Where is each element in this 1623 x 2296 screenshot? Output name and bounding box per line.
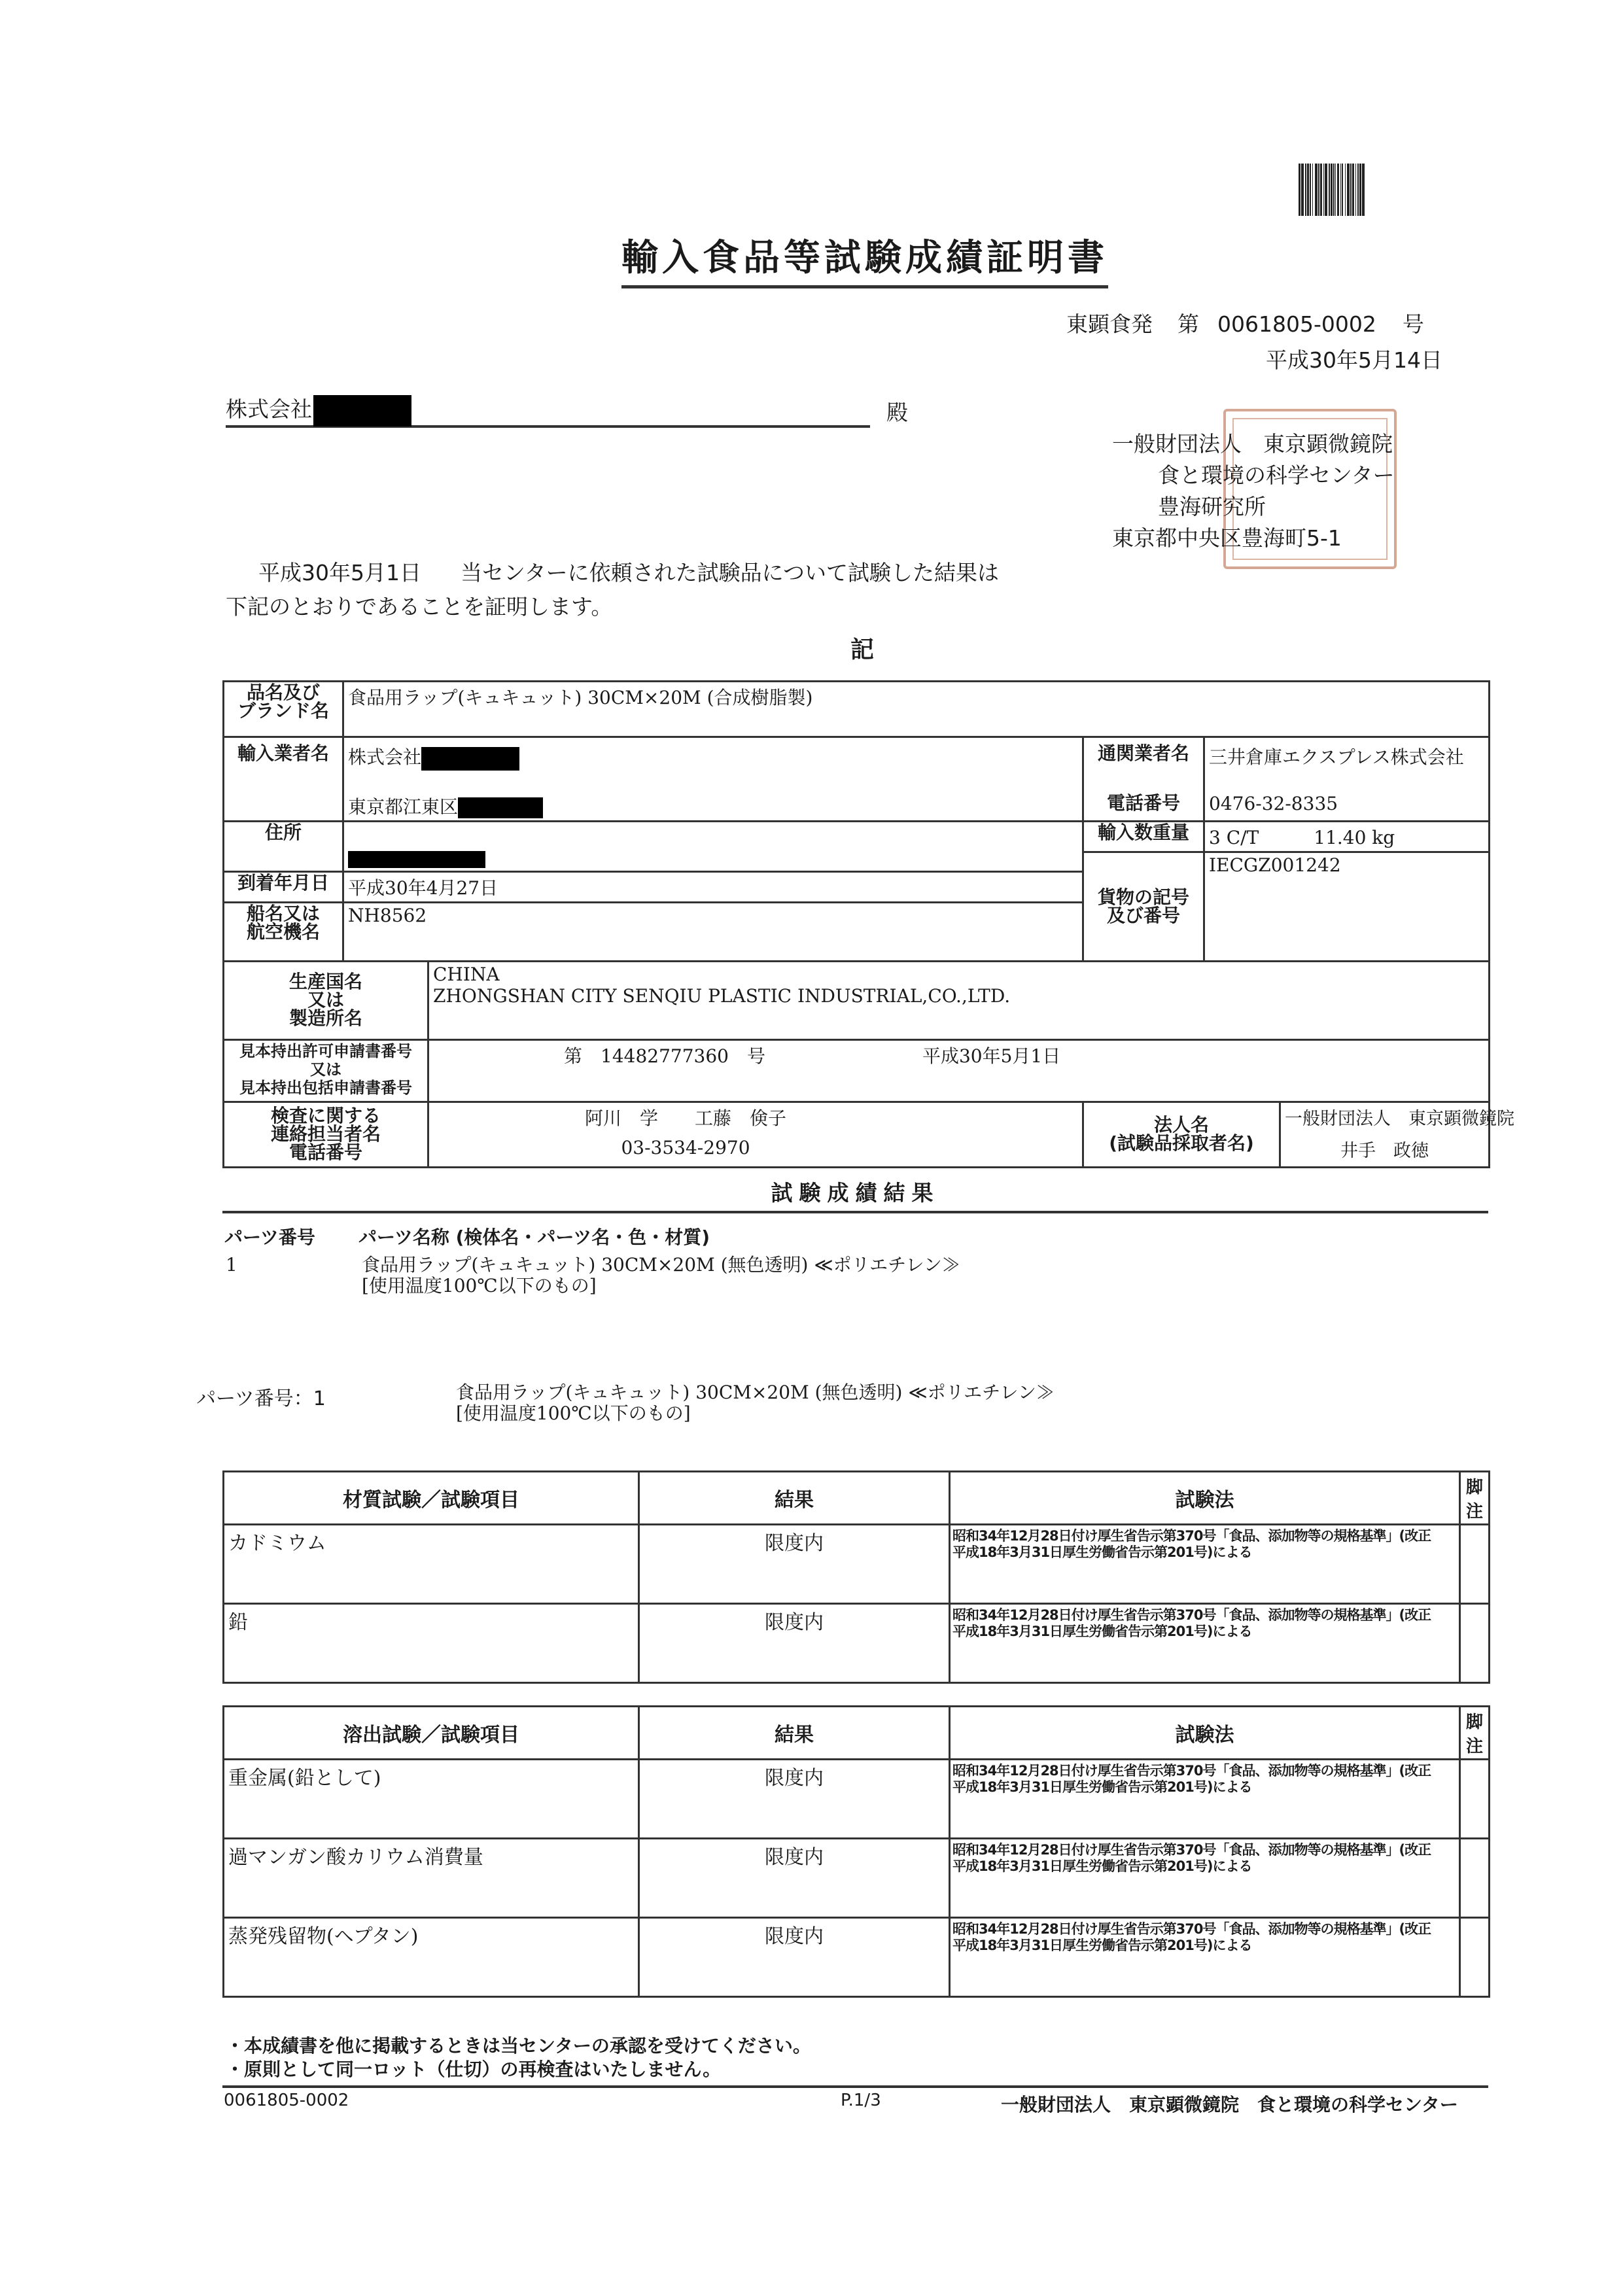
sample-permit-label: 見本持出許可申請書番号 又は 見本持出包括申請書番号 — [224, 1039, 428, 1102]
test-result: 限度内 — [639, 1839, 950, 1918]
doc-prefix: 東顕食発 — [1066, 311, 1153, 337]
document-title: 輸入食品等試験成績証明書 — [621, 229, 1108, 288]
issuer-address: 東京都中央区豊海町5-1 — [1112, 523, 1395, 554]
results-section-title: 試験成績結果 — [222, 1176, 1488, 1213]
footer-organization: 一般財団法人 東京顕微鏡院 食と環境の科学センター — [1001, 2091, 1458, 2117]
redaction-block — [348, 851, 485, 868]
column-header: 脚注 — [1460, 1707, 1490, 1760]
intro-line-1: 当センターに依頼された試験品について試験した結果は — [461, 560, 999, 585]
ki-heading: 記 — [850, 631, 874, 665]
test-result: 限度内 — [639, 1760, 950, 1839]
doc-number-value: 0061805-0002 — [1217, 311, 1376, 337]
footer-doc-number: 0061805-0002 — [224, 2091, 349, 2110]
arrival-value: 平成30年4月27日 — [343, 871, 1083, 902]
test-item: 鉛 — [224, 1604, 639, 1683]
corp-cell: 一般財団法人 東京顕微鏡院井手 政徳 — [1280, 1102, 1490, 1167]
test-method: 昭和34年12月28日付け厚生省告示第370号「食品、添加物等の規格基準」(改正… — [950, 1604, 1460, 1683]
parts-header: パーツ番号 パーツ名称 (検体名・パーツ名・色・材質) — [224, 1223, 315, 1249]
column-header: 脚注 — [1460, 1472, 1490, 1525]
table-header-row: 材質試験／試験項目結果試験法脚注 — [224, 1472, 1490, 1525]
part-number-label: パーツ番号：1 — [196, 1387, 326, 1410]
test-result: 限度内 — [639, 1604, 950, 1683]
origin-label: 生産国名 又は 製造所名 — [224, 961, 428, 1039]
column-header: 結果 — [639, 1472, 950, 1525]
test-method: 昭和34年12月28日付け厚生省告示第370号「食品、添加物等の規格基準」(改正… — [950, 1525, 1460, 1604]
footnote-cell — [1460, 1525, 1490, 1604]
broker-cell-value: 三井倉庫エクスプレス株式会社0476-32-8335 — [1204, 737, 1490, 822]
origin-maker: ZHONGSHAN CITY SENQIU PLASTIC INDUSTRIAL… — [433, 985, 1484, 1007]
intro-line-2: 下記のとおりであることを証明します。 — [226, 590, 999, 624]
test-item: 重金属(鉛として) — [224, 1760, 639, 1839]
broker-label: 通関業者名 — [1088, 744, 1199, 763]
importer-value: 株式会社 — [348, 746, 421, 768]
test-item: カドミウム — [224, 1525, 639, 1604]
part-number: 1 — [226, 1255, 237, 1276]
phone-cell — [343, 821, 1083, 871]
column-header: 材質試験／試験項目 — [224, 1472, 639, 1525]
table-row: 蒸発残留物(ヘプタン)限度内昭和34年12月28日付け厚生省告示第370号「食品… — [224, 1918, 1490, 1997]
addressee-company: 株式会社 — [226, 396, 312, 422]
elution-test-table: 溶出試験／試験項目結果試験法脚注重金属(鉛として)限度内昭和34年12月28日付… — [222, 1705, 1490, 1998]
redaction-block — [458, 797, 543, 818]
part-desc-line-2: [使用温度100℃以下のもの] — [362, 1276, 960, 1296]
contact-phone: 03-3534-2970 — [433, 1137, 938, 1158]
issuer-line-2: 食と環境の科学センター — [1112, 460, 1395, 491]
document-number: 東顕食発第0061805-0002号 — [1066, 307, 1424, 338]
corp-name: 一般財団法人 東京顕微鏡院 — [1285, 1104, 1484, 1130]
doc-go: 号 — [1403, 311, 1424, 337]
barcode — [1299, 164, 1495, 216]
addressee-honorific: 殿 — [886, 396, 908, 426]
product-label: 品名及び ブランド名 — [224, 682, 343, 737]
footnote-cell — [1460, 1918, 1490, 1997]
address-phone-labels: 住所 — [224, 821, 343, 871]
test-method: 昭和34年12月28日付け厚生省告示第370号「食品、添加物等の規格基準」(改正… — [950, 1839, 1460, 1918]
intro-paragraph: 平成30年5月1日当センターに依頼された試験品について試験した結果は 下記のとお… — [226, 556, 999, 624]
product-value: 食品用ラップ(キュキュット) 30CM×20M (合成樹脂製) — [343, 682, 1490, 737]
test-method: 昭和34年12月28日付け厚生省告示第370号「食品、添加物等の規格基準」(改正… — [950, 1918, 1460, 1997]
material-test-table: 材質試験／試験項目結果試験法脚注カドミウム限度内昭和34年12月28日付け厚生省… — [222, 1470, 1490, 1684]
column-header: 試験法 — [950, 1707, 1460, 1760]
table-row: カドミウム限度内昭和34年12月28日付け厚生省告示第370号「食品、添加物等の… — [224, 1525, 1490, 1604]
part-description: 食品用ラップ(キュキュット) 30CM×20M (無色透明) ≪ポリエチレン≫ … — [362, 1255, 960, 1296]
test-method: 昭和34年12月28日付け厚生省告示第370号「食品、添加物等の規格基準」(改正… — [950, 1760, 1460, 1839]
test-result: 限度内 — [639, 1918, 950, 1997]
cargo-value: IECGZ001242 — [1204, 852, 1490, 961]
broker-phone-label: 電話番号 — [1088, 794, 1199, 812]
parts-name-header: パーツ名称 (検体名・パーツ名・色・材質) — [358, 1223, 710, 1249]
issuer-line-1: 一般財団法人 東京顕微鏡院 — [1112, 428, 1395, 460]
issuer-line-3: 豊海研究所 — [1112, 491, 1395, 523]
sampler-name: 井手 政徳 — [1285, 1136, 1484, 1162]
footnote-cell — [1460, 1604, 1490, 1683]
origin-country: CHINA — [433, 964, 1484, 985]
part-desc-line-1: 食品用ラップ(キュキュット) 30CM×20M (無色透明) ≪ポリエチレン≫ — [362, 1255, 960, 1276]
footnote-cell — [1460, 1760, 1490, 1839]
intro-date: 平成30年5月1日 — [258, 560, 421, 585]
sample-permit-number: 第 14482777360 号 — [564, 1042, 765, 1068]
footnote-cell — [1460, 1839, 1490, 1918]
column-header: 試験法 — [950, 1472, 1460, 1525]
importer-cell: 株式会社 東京都江東区 — [343, 737, 1083, 822]
quantity-value: 3 C/T 11.40 kg — [1204, 821, 1490, 852]
vessel-value: NH8562 — [343, 902, 1083, 961]
test-item: 過マンガン酸カリウム消費量 — [224, 1839, 639, 1918]
issuer-block: 一般財団法人 東京顕微鏡院 食と環境の科学センター 豊海研究所 東京都中央区豊海… — [1112, 428, 1395, 554]
contact-label: 検査に関する 連絡担当者名 電話番号 — [224, 1102, 428, 1167]
column-header: 溶出試験／試験項目 — [224, 1707, 639, 1760]
redaction-block — [421, 747, 519, 771]
note-1: ・本成績書を他に掲載するときは当センターの承認を受けてください。 — [226, 2034, 811, 2058]
table-row: 重金属(鉛として)限度内昭和34年12月28日付け厚生省告示第370号「食品、添… — [224, 1760, 1490, 1839]
table-header-row: 溶出試験／試験項目結果試験法脚注 — [224, 1707, 1490, 1760]
sample-permit-cell: 第 14482777360 号平成30年5月1日 — [428, 1039, 1490, 1102]
test-item: 蒸発残留物(ヘプタン) — [224, 1918, 639, 1997]
parts-no-header: パーツ番号 — [224, 1226, 315, 1248]
contact-names: 阿川 学 工藤 倹子 — [433, 1104, 938, 1130]
part-block-description: 食品用ラップ(キュキュット) 30CM×20M (無色透明) ≪ポリエチレン≫ … — [456, 1382, 1055, 1424]
notes: ・本成績書を他に掲載するときは当センターの承認を受けてください。 ・原則として同… — [226, 2034, 811, 2081]
sample-permit-date: 平成30年5月1日 — [922, 1042, 1060, 1068]
addressee: 株式会社 — [226, 392, 870, 428]
table-row: 鉛限度内昭和34年12月28日付け厚生省告示第370号「食品、添加物等の規格基準… — [224, 1604, 1490, 1683]
vessel-label: 船名又は 航空機名 — [224, 902, 343, 961]
broker-cell-label: 通関業者名電話番号 — [1083, 737, 1204, 822]
arrival-label: 到着年月日 — [224, 871, 343, 902]
address-label: 住所 — [228, 824, 338, 842]
address-value: 東京都江東区 — [348, 796, 458, 818]
cargo-label: 貨物の記号 及び番号 — [1083, 852, 1204, 961]
contact-cell: 阿川 学 工藤 倹子03-3534-2970 — [428, 1102, 1083, 1167]
origin-cell: CHINAZHONGSHAN CITY SENQIU PLASTIC INDUS… — [428, 961, 1490, 1039]
part-block-desc-line-2: [使用温度100℃以下のもの] — [456, 1403, 1055, 1424]
corp-label: 法人名 (試験品採取者名) — [1083, 1102, 1280, 1167]
redaction-block — [313, 395, 411, 426]
quantity-label: 輸入数重量 — [1083, 821, 1204, 852]
doc-dai: 第 — [1178, 311, 1199, 337]
importer-label: 輸入業者名 — [224, 737, 343, 822]
test-result: 限度内 — [639, 1525, 950, 1604]
table-row: 過マンガン酸カリウム消費量限度内昭和34年12月28日付け厚生省告示第370号「… — [224, 1839, 1490, 1918]
part-block-desc-line-1: 食品用ラップ(キュキュット) 30CM×20M (無色透明) ≪ポリエチレン≫ — [456, 1382, 1055, 1403]
note-2: ・原則として同一ロット（仕切）の再検査はいたしません。 — [226, 2058, 811, 2081]
broker-value: 三井倉庫エクスプレス株式会社 — [1209, 743, 1484, 769]
column-header: 結果 — [639, 1707, 950, 1760]
broker-phone-value: 0476-32-8335 — [1209, 793, 1484, 814]
footer-divider — [222, 2085, 1488, 2088]
footer-page-number: P.1/3 — [841, 2091, 881, 2110]
part-block-label: パーツ番号：1 食品用ラップ(キュキュット) 30CM×20M (無色透明) ≪… — [196, 1382, 326, 1411]
import-info-table: 品名及び ブランド名 食品用ラップ(キュキュット) 30CM×20M (合成樹脂… — [222, 680, 1490, 1168]
issue-date: 平成30年5月14日 — [1266, 343, 1442, 374]
